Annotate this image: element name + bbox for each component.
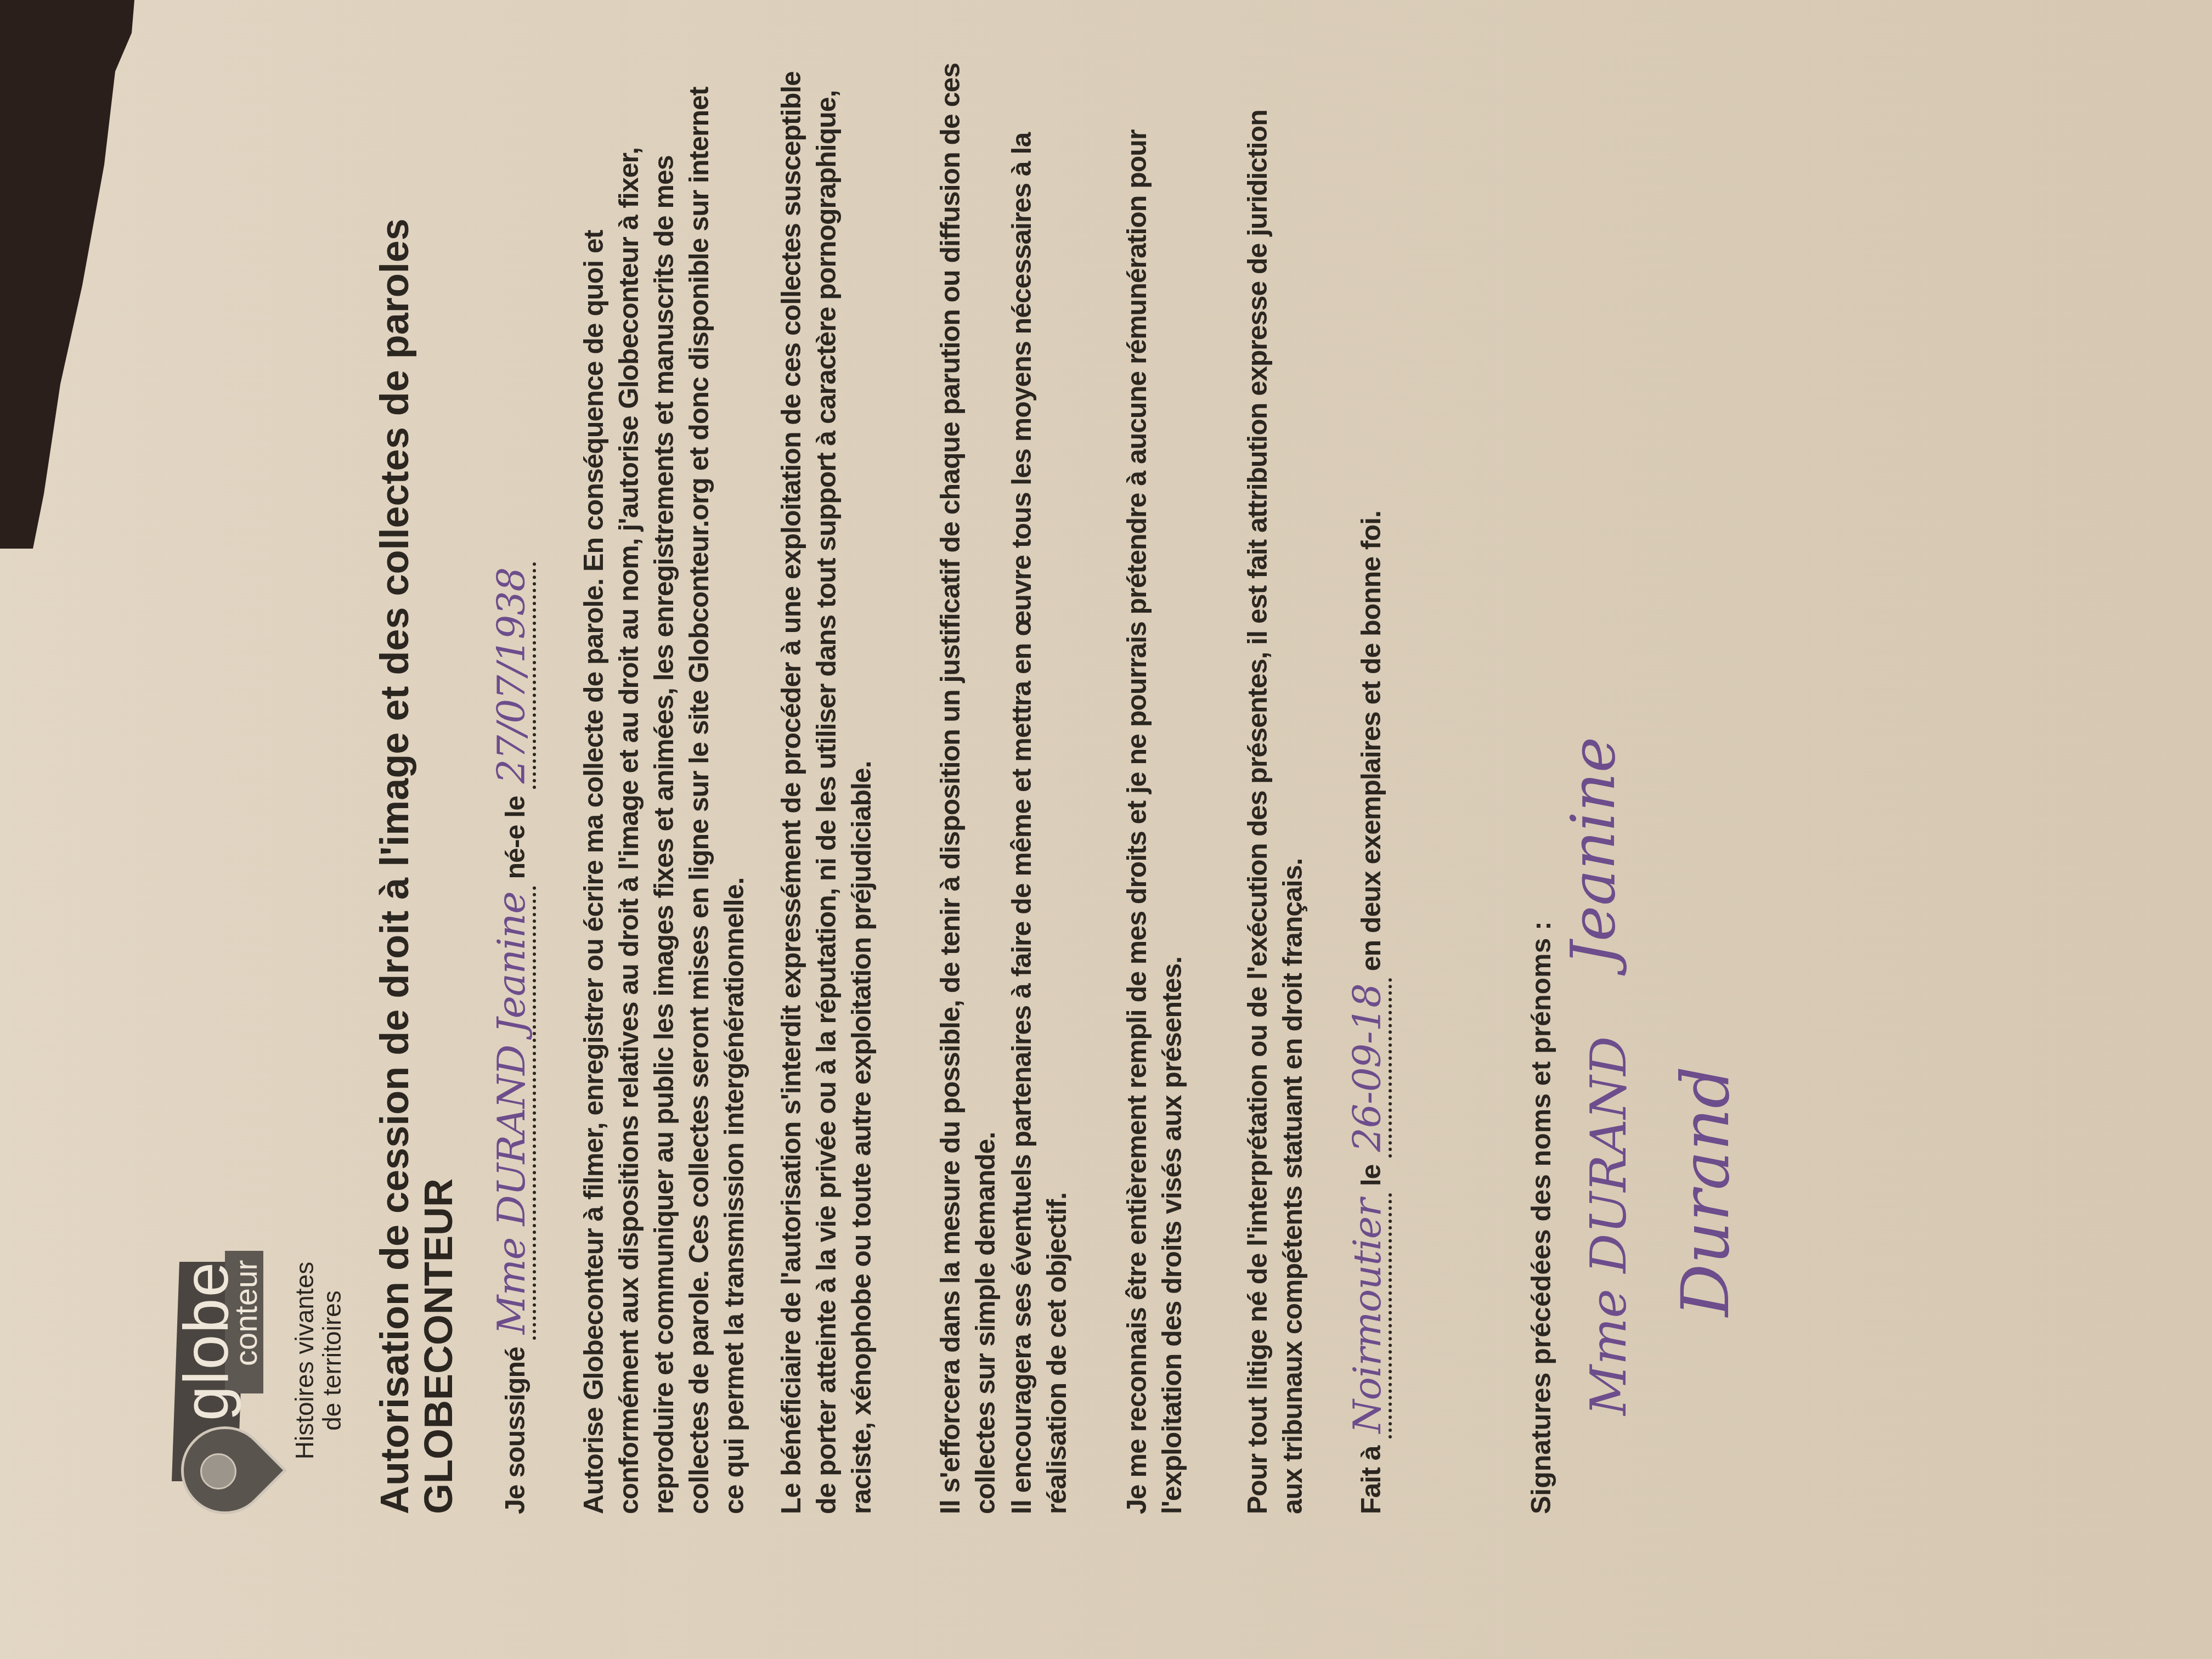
globeconteur-logo: globe conteur — [176, 1207, 285, 1514]
handwritten-name: Mme DURAND Jeanine — [489, 891, 534, 1334]
logo-tagline: Histoires vivantes de territoires — [291, 1245, 346, 1476]
paragraph-authorization: Autorise Globeconteur à filmer, enregist… — [576, 60, 752, 1514]
logo-sub-brand: conteur — [228, 1260, 264, 1366]
paragraph-partners: Il encouragera ses éventuels partenaires… — [1004, 60, 1074, 1514]
rotated-document: globe conteur Histoires vivantes de terr… — [66, 33, 1657, 1624]
handwritten-signature-name: Mme DURAND — [1580, 1036, 1638, 1415]
microphone-icon — [200, 1453, 236, 1489]
handwritten-date: 26-09-18 — [1345, 984, 1390, 1152]
paragraph-remuneration: Je me reconnais être entièrement rempli … — [1119, 60, 1189, 1514]
document-title: Autorisation de cession de droit à l'ima… — [373, 88, 461, 1514]
handwritten-place: Noirmoutier — [1345, 1199, 1390, 1433]
paragraph-justification: Il s'efforcera dans la mesure du possibl… — [933, 60, 1003, 1514]
fait-line: Fait à Noirmoutier le 26-09-18 en deux e… — [1350, 60, 1392, 1514]
handwritten-birthdate: 27/07/1938 — [489, 568, 534, 783]
paragraph-jurisdiction: Pour tout litige né de l'interprétation … — [1240, 60, 1310, 1514]
handwritten-signature: Durand — [1668, 1066, 1744, 1317]
soussigne-line: Je soussigné Mme DURAND Jeanine né-e le … — [494, 60, 536, 1514]
paragraph-restrictions: Le bénéficiaire de l'autorisation s'inte… — [774, 60, 879, 1514]
signatures-label: Signatures précédées des noms et prénoms… — [1525, 921, 1557, 1514]
handwritten-signature-firstname: Jeanine — [1558, 737, 1628, 966]
